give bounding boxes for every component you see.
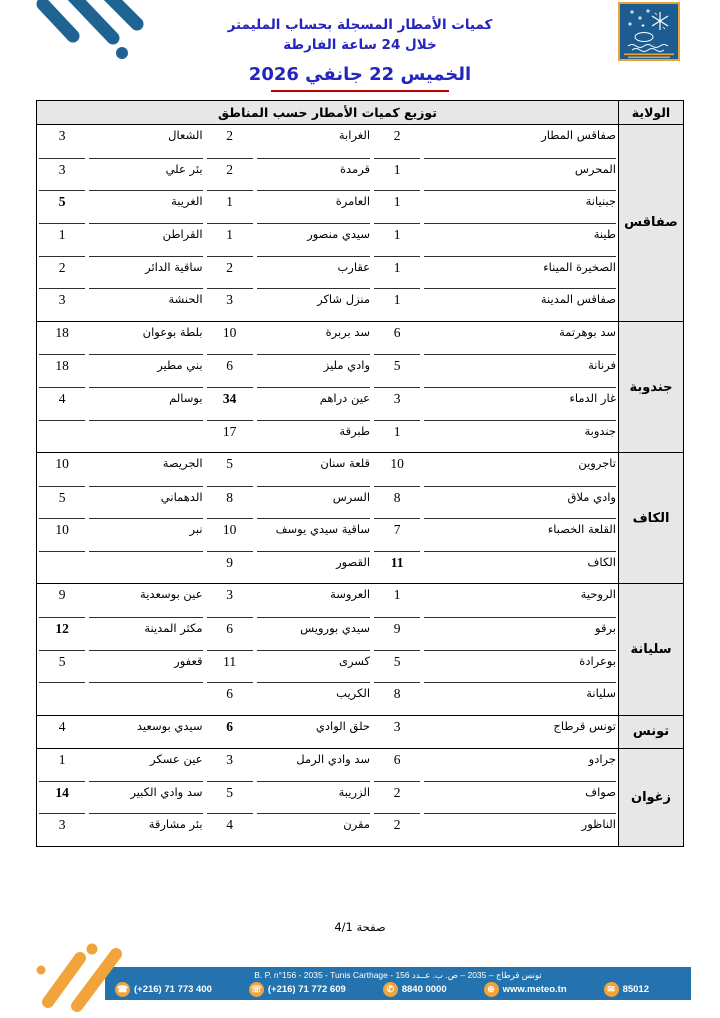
region-name: صواف [424,781,616,813]
governorate-section: صفاقسصفاقس المطار2الغرابة2الشعال3المحرس1… [37,125,683,321]
table-row: سليانة8الكريب6 [37,682,618,715]
region-name: عقارب [257,256,370,289]
rain-value: 3 [374,387,420,420]
table-row: سد بوهرتمة6سد بربرة10بلطة بوعوان18 [37,322,618,355]
rain-value: 2 [207,158,253,191]
rain-value: 3 [207,749,253,781]
rain-value: 3 [39,125,85,158]
rain-value: 5 [207,781,253,813]
table-row: طينة1سيدي منصور1القراطن1 [37,223,618,256]
region-name: سد وادي الكبير [89,781,202,813]
region-name: طبرقة [257,420,370,453]
contact-item: ✆8840 0000 [383,982,447,997]
governorate-label: صفاقس [618,125,683,321]
rain-value: 2 [374,781,420,813]
rain-value: 3 [207,288,253,321]
rain-value: 1 [374,158,420,191]
region-name: نبر [89,518,202,551]
rain-value: 6 [374,749,420,781]
region-name: غار الدماء [424,387,616,420]
rain-value: 5 [374,650,420,683]
region-name: وادي ملاق [424,486,616,519]
rain-value [39,420,85,453]
distribution-column-header: توزيع كميات الأمطار حسب المناطق [37,101,618,124]
region-name: الكريب [257,682,370,715]
table-row: صفاقس المطار2الغرابة2الشعال3 [37,125,618,158]
region-name: الجريصة [89,453,202,486]
footer-bar: B. P. n°156 - 2035 - Tunis Carthage - تو… [105,967,691,1000]
region-name: صفاقس المدينة [424,288,616,321]
region-name: سيدي منصور [257,223,370,256]
rain-value: 6 [374,322,420,355]
date-underline [271,90,449,92]
region-name: مكثر المدينة [89,617,202,650]
report-header: كميات الأمطار المسجلة بحساب المليمتر خلا… [0,16,720,92]
region-name: المحرس [424,158,616,191]
rain-value: 5 [374,354,420,387]
region-name: ساقية الدائر [89,256,202,289]
governorate-label: تونس [618,716,683,748]
section-rows: صفاقس المطار2الغرابة2الشعال3المحرس1قرمدة… [37,125,618,321]
contact-item: ☏(+216) 71 772 609 [249,982,346,997]
section-rows: تاجروين10قلعة سنان5الجريصة10وادي ملاق8ال… [37,453,618,583]
region-name: عين دراهم [257,387,370,420]
region-name: برقو [424,617,616,650]
contact-item: ✉85012 [604,982,649,997]
region-name: منزل شاكر [257,288,370,321]
region-name: بئر مشارقة [89,813,202,845]
rain-value: 1 [374,256,420,289]
rain-value: 1 [374,420,420,453]
governorate-label: جندوبة [618,322,683,452]
region-name: العامرة [257,190,370,223]
contact-text: www.meteo.tn [503,984,567,995]
region-name: سليانة [424,682,616,715]
region-name: صفاقس المطار [424,125,616,158]
rain-value: 1 [207,223,253,256]
rain-value: 10 [207,322,253,355]
region-name: القصور [257,551,370,584]
table-row: بوعرادة5كسرى11قعفور5 [37,650,618,683]
table-row: تاجروين10قلعة سنان5الجريصة10 [37,453,618,486]
rain-value: 9 [207,551,253,584]
rain-value: 4 [207,813,253,845]
region-name: بئر علي [89,158,202,191]
rain-value: 2 [207,125,253,158]
region-name: جندوبة [424,420,616,453]
table-row: صفاقس المدينة1منزل شاكر3الحنشة3 [37,288,618,321]
region-name: الدهماني [89,486,202,519]
report-title-line2: خلال 24 ساعة الفارطة [0,36,720,56]
rain-value: 6 [207,716,253,748]
rain-value: 2 [39,256,85,289]
table-row: جرادو6سد وادي الرمل3عين عسكر1 [37,749,618,781]
rain-value: 1 [374,190,420,223]
region-name: تاجروين [424,453,616,486]
report-date: الخميس 22 جانفي 2026 [0,64,720,85]
region-name: الحنشة [89,288,202,321]
sms-icon: ✉ [604,982,619,997]
report-title-line1: كميات الأمطار المسجلة بحساب المليمتر [0,16,720,36]
rain-value: 9 [374,617,420,650]
rain-value: 5 [39,486,85,519]
rain-value: 6 [207,682,253,715]
rainfall-table: الولاية توزيع كميات الأمطار حسب المناطق … [36,100,684,847]
region-name: مقرن [257,813,370,845]
table-body: صفاقسصفاقس المطار2الغرابة2الشعال3المحرس1… [37,125,683,846]
table-row: صواف2الزريبة5سد وادي الكبير14 [37,781,618,813]
region-name: طينة [424,223,616,256]
governorate-section: الكافتاجروين10قلعة سنان5الجريصة10وادي مل… [37,452,683,583]
rain-value: 34 [207,387,253,420]
rain-value: 10 [39,518,85,551]
region-name: تونس قرطاج [424,716,616,748]
region-name: القراطن [89,223,202,256]
region-name: سيدي بوسعيد [89,716,202,748]
region-name: السرس [257,486,370,519]
footer-address: B. P. n°156 - 2035 - Tunis Carthage - تو… [105,967,691,981]
region-name: فرنانة [424,354,616,387]
rain-value: 1 [39,749,85,781]
table-row: جبنيانة1العامرة1الغريبة5 [37,190,618,223]
rain-value: 10 [207,518,253,551]
rain-value: 5 [39,650,85,683]
region-name: الصخيرة الميناء [424,256,616,289]
rain-value: 3 [374,716,420,748]
rain-value: 6 [207,617,253,650]
rain-value: 3 [39,813,85,845]
region-name: القلعة الخصباء [424,518,616,551]
governorate-label: زغوان [618,749,683,846]
page-number-label: صفحة 4/1 [0,920,720,934]
rain-value [39,551,85,584]
rain-value: 1 [207,190,253,223]
governorate-label: سليانة [618,584,683,714]
contact-text: (+216) 71 772 609 [268,984,346,995]
rain-value: 18 [39,354,85,387]
rain-value: 4 [39,387,85,420]
fax-icon: ☏ [249,982,264,997]
rain-value: 8 [374,682,420,715]
region-name: كسرى [257,650,370,683]
rain-value: 6 [207,354,253,387]
rain-value: 14 [39,781,85,813]
rain-value: 3 [39,288,85,321]
region-name: الغريبة [89,190,202,223]
rain-value: 1 [374,223,420,256]
footer-contacts: ☎(+216) 71 773 400☏(+216) 71 772 609✆884… [105,981,691,997]
contact-text: 85012 [623,984,649,995]
table-row: الكاف11القصور9 [37,551,618,584]
governorate-section: تونستونس قرطاج3حلق الوادي6سيدي بوسعيد4 [37,715,683,748]
rain-value: 3 [39,158,85,191]
globe-icon: ⊕ [484,982,499,997]
table-header-row: الولاية توزيع كميات الأمطار حسب المناطق [37,101,683,125]
region-name: العروسة [257,584,370,617]
region-name: سد وادي الرمل [257,749,370,781]
region-name: بوسالم [89,387,202,420]
region-name: الشعال [89,125,202,158]
governorate-section: جندوبةسد بوهرتمة6سد بربرة10بلطة بوعوان18… [37,321,683,452]
region-name: الروحية [424,584,616,617]
region-name: جرادو [424,749,616,781]
rain-value: 8 [207,486,253,519]
rain-value: 12 [39,617,85,650]
contact-text: 8840 0000 [402,984,447,995]
rain-value: 1 [374,288,420,321]
rain-value: 9 [39,584,85,617]
contact-item: ⊕www.meteo.tn [484,982,567,997]
section-rows: جرادو6سد وادي الرمل3عين عسكر1صواف2الزريب… [37,749,618,846]
call-icon: ✆ [383,982,398,997]
section-rows: تونس قرطاج3حلق الوادي6سيدي بوسعيد4 [37,716,618,748]
region-name: قعفور [89,650,202,683]
region-name [89,682,202,715]
region-name: بلطة بوعوان [89,322,202,355]
table-row: المحرس1قرمدة2بئر علي3 [37,158,618,191]
rain-value: 17 [207,420,253,453]
region-name: سد بربرة [257,322,370,355]
rain-value: 11 [374,551,420,584]
table-row: الناظور2مقرن4بئر مشارقة3 [37,813,618,845]
region-name: الناظور [424,813,616,845]
rain-value: 10 [39,453,85,486]
region-name: قلعة سنان [257,453,370,486]
table-row: غار الدماء3عين دراهم34بوسالم4 [37,387,618,420]
rain-value: 10 [374,453,420,486]
rain-value: 3 [207,584,253,617]
rain-value: 5 [207,453,253,486]
governorate-label: الكاف [618,453,683,583]
region-name: عين بوسعدية [89,584,202,617]
region-name: عين عسكر [89,749,202,781]
table-row: القلعة الخصباء7ساقية سيدي يوسف10نبر10 [37,518,618,551]
document-page: كميات الأمطار المسجلة بحساب المليمتر خلا… [0,0,720,1018]
section-rows: سد بوهرتمة6سد بربرة10بلطة بوعوان18فرنانة… [37,322,618,452]
orange-stripes-decoration-icon [30,942,135,1012]
table-row: الروحية1العروسة3عين بوسعدية9 [37,584,618,617]
contact-text: (+216) 71 773 400 [134,984,212,995]
region-name: حلق الوادي [257,716,370,748]
governorate-section: زغوانجرادو6سد وادي الرمل3عين عسكر1صواف2ا… [37,748,683,846]
rain-value: 5 [39,190,85,223]
rain-value: 1 [39,223,85,256]
rain-value: 1 [374,584,420,617]
rain-value: 8 [374,486,420,519]
rain-value [39,682,85,715]
region-name: الكاف [424,551,616,584]
region-name: سد بوهرتمة [424,322,616,355]
governorate-column-header: الولاية [618,101,683,124]
region-name: سيدي بورويس [257,617,370,650]
table-row: الصخيرة الميناء1عقارب2ساقية الدائر2 [37,256,618,289]
rain-value: 11 [207,650,253,683]
region-name: بني مطير [89,354,202,387]
region-name: جبنيانة [424,190,616,223]
region-name: الزريبة [257,781,370,813]
governorate-section: سليانةالروحية1العروسة3عين بوسعدية9برقو9س… [37,583,683,714]
region-name [89,551,202,584]
region-name: بوعرادة [424,650,616,683]
rain-value: 7 [374,518,420,551]
rain-value: 4 [39,716,85,748]
table-row: برقو9سيدي بورويس6مكثر المدينة12 [37,617,618,650]
table-row: تونس قرطاج3حلق الوادي6سيدي بوسعيد4 [37,716,618,748]
region-name [89,420,202,453]
table-row: فرنانة5وادي مليز6بني مطير18 [37,354,618,387]
section-rows: الروحية1العروسة3عين بوسعدية9برقو9سيدي بو… [37,584,618,714]
region-name: ساقية سيدي يوسف [257,518,370,551]
rain-value: 18 [39,322,85,355]
rain-value: 2 [374,125,420,158]
table-row: وادي ملاق8السرس8الدهماني5 [37,486,618,519]
region-name: قرمدة [257,158,370,191]
region-name: الغرابة [257,125,370,158]
table-row: جندوبة1طبرقة17 [37,420,618,453]
rain-value: 2 [374,813,420,845]
rain-value: 2 [207,256,253,289]
region-name: وادي مليز [257,354,370,387]
